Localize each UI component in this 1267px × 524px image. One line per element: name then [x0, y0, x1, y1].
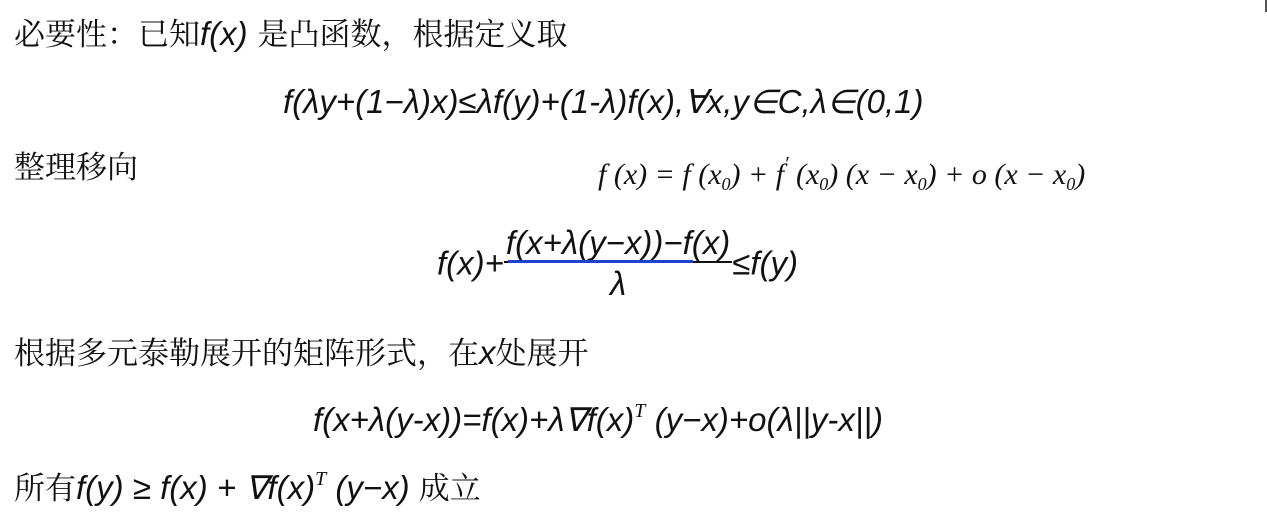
fraction-suffix: ≤f(y) [732, 245, 798, 282]
fraction-prefix: f(x)+ [437, 245, 504, 282]
taylor-formula-1d: f (x) = f (x0) + f′ (x0) (x − x0) + o (x… [598, 154, 1085, 193]
convexity-definition-formula: f(λy+(1−λ)x)≤λf(y)+(1-λ)f(x),∀x,y∈C,λ∈(0… [283, 85, 924, 118]
first-order-condition: f(y) ≥ f(x) + ∇f(x) [76, 469, 315, 506]
expand-at-text: 处展开 [496, 336, 589, 372]
subscript-zero: 0 [819, 174, 828, 194]
taylor-lhs: f(x+λ(y-x))=f(x)+λ∇f(x) [313, 401, 634, 438]
holds-text: 成立 [419, 471, 481, 507]
subscript-zero: 0 [918, 174, 927, 194]
variable-x: x [479, 334, 496, 371]
subscript-zero: 0 [722, 174, 731, 194]
taylor-part: ) + o (x − x [927, 158, 1067, 191]
fraction-numerator: f(x+λ(y−x))−f(x) [504, 226, 732, 263]
subscript-zero: 0 [1066, 174, 1075, 194]
function-fx: f(x) [200, 15, 248, 52]
fraction-denominator: λ [504, 263, 732, 300]
statement-line-necessity: 必要性：已知f(x) 是凸函数，根据定义取 [14, 17, 568, 51]
taylor-part: (x [788, 158, 819, 191]
all-text: 所有 [14, 471, 76, 507]
taylor-part: f (x) = f (x [598, 158, 722, 191]
expansion-text: 根据多元泰勒展开的矩阵形式，在 [14, 336, 479, 372]
taylor-rhs: (y−x)+o(λ||y-x||) [645, 401, 883, 438]
rearrange-text: 整理移向 [14, 150, 138, 186]
taylor-expansion-intro: 根据多元泰勒展开的矩阵形式，在x处展开 [14, 336, 589, 370]
convex-definition-text: 是凸函数，根据定义取 [248, 17, 568, 53]
numerator-text: f(x+λ(y−x))−f(x) [506, 224, 730, 261]
rearranged-inequality: f(x)+f(x+λ(y−x))−f(x)λ≤f(y) [437, 226, 798, 300]
necessity-text: 必要性：已知 [14, 17, 200, 53]
transpose-superscript: T [315, 468, 326, 490]
difference-quotient-fraction: f(x+λ(y−x))−f(x)λ [504, 226, 732, 300]
convexity-inequality: f(λy+(1−λ)x)≤λf(y)+(1-λ)f(x),∀x,y∈C,λ∈(0… [283, 83, 924, 120]
taylor-part: ) [1075, 158, 1085, 191]
multivariate-taylor-formula: f(x+λ(y-x))=f(x)+λ∇f(x)T (y−x)+o(λ||y-x|… [313, 401, 883, 436]
transpose-superscript: T [634, 400, 645, 422]
taylor-part: ) + f [731, 158, 785, 191]
first-order-condition-tail: (y−x) [326, 469, 419, 506]
taylor-part: ) (x − x [828, 158, 917, 191]
conclusion-line: 所有f(y) ≥ f(x) + ∇f(x)T (y−x) 成立 [14, 469, 481, 505]
blue-highlight-underline [508, 260, 693, 263]
rearrange-label: 整理移向 [14, 153, 138, 184]
